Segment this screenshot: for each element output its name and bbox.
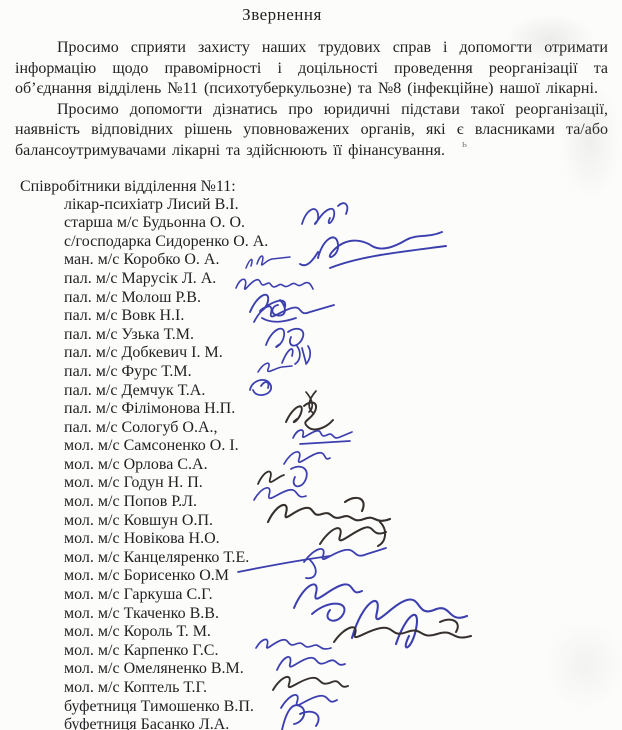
staff-section-heading: Співробітники відділення №11: bbox=[20, 178, 622, 196]
staff-list-item: с/господарка Сидоренко О. А. bbox=[64, 233, 622, 252]
document-page: Звернення Просимо сприяти захисту наших … bbox=[0, 0, 622, 730]
staff-list-item: буфетниця Тимошенко В.П. bbox=[64, 698, 622, 717]
staff-list: лікар-психіатр Лисий В.І.старша м/с Будь… bbox=[0, 196, 622, 730]
staff-list-item: буфетниця Басанко Л.А. bbox=[64, 716, 622, 730]
staff-list-item: мол. м/с Годун Н. П. bbox=[64, 474, 622, 493]
staff-list-item: мол. м/с Самсоненко О. І. bbox=[64, 437, 622, 456]
staff-list-item: лікар-психіатр Лисий В.І. bbox=[64, 196, 622, 215]
staff-list-item: пал. м/с Сологуб О.А., bbox=[64, 419, 622, 438]
staff-list-item: мол. м/с Омеляненко В.М. bbox=[64, 660, 622, 679]
paragraph: Просимо сприяти захисту наших трудових с… bbox=[15, 38, 608, 100]
staff-list-item: мол. м/с Карпенко Г.С. bbox=[64, 642, 622, 661]
staff-list-item: мол. м/с Король Т. М. bbox=[64, 623, 622, 642]
scan-artifact-mark: ь bbox=[462, 138, 467, 150]
body-text: Просимо сприяти захисту наших трудових с… bbox=[15, 38, 608, 162]
staff-list-item: пал. м/с Фурс Т.М. bbox=[64, 363, 622, 382]
staff-list-item: мол. м/с Новікова Н.О. bbox=[64, 530, 622, 549]
staff-list-item: пал. м/с Філімонова Н.П. bbox=[64, 400, 622, 419]
staff-list-item: мол. м/с Попов Р.Л. bbox=[64, 493, 622, 512]
staff-list-item: пал. м/с Молош Р.В. bbox=[64, 289, 622, 308]
staff-list-item: мол. м/с Коптель Т.Г. bbox=[64, 679, 622, 698]
staff-list-item: пал. м/с Демчук Т.А. bbox=[64, 382, 622, 401]
staff-list-item: пал. м/с Марусік Л. А. bbox=[64, 270, 622, 289]
staff-list-item: мол. м/с Гаркуша С.Г. bbox=[64, 586, 622, 605]
staff-list-item: мол. м/с Орлова С.А. bbox=[64, 456, 622, 475]
staff-list-item: пал. м/с Узька Т.М. bbox=[64, 326, 622, 345]
staff-list-item: мол. м/с Ткаченко В.В. bbox=[64, 605, 622, 624]
staff-list-item: мол. м/с Канцеляренко Т.Е. bbox=[64, 549, 622, 568]
document-title: Звернення bbox=[0, 0, 622, 25]
staff-list-item: мол. м/с Борисенко О.М bbox=[64, 567, 622, 586]
staff-list-item: пал. м/с Вовк Н.І. bbox=[64, 307, 622, 326]
staff-list-item: пал. м/с Добкевич І. М. bbox=[64, 344, 622, 363]
staff-list-item: мол. м/с Ковшун О.П. bbox=[64, 512, 622, 531]
staff-list-item: ман. м/с Коробко О. А. bbox=[64, 251, 622, 270]
staff-list-item: старша м/с Будьонна О. О. bbox=[64, 214, 622, 233]
paragraph: Просимо допомогти дізнатись про юридичні… bbox=[15, 100, 608, 162]
